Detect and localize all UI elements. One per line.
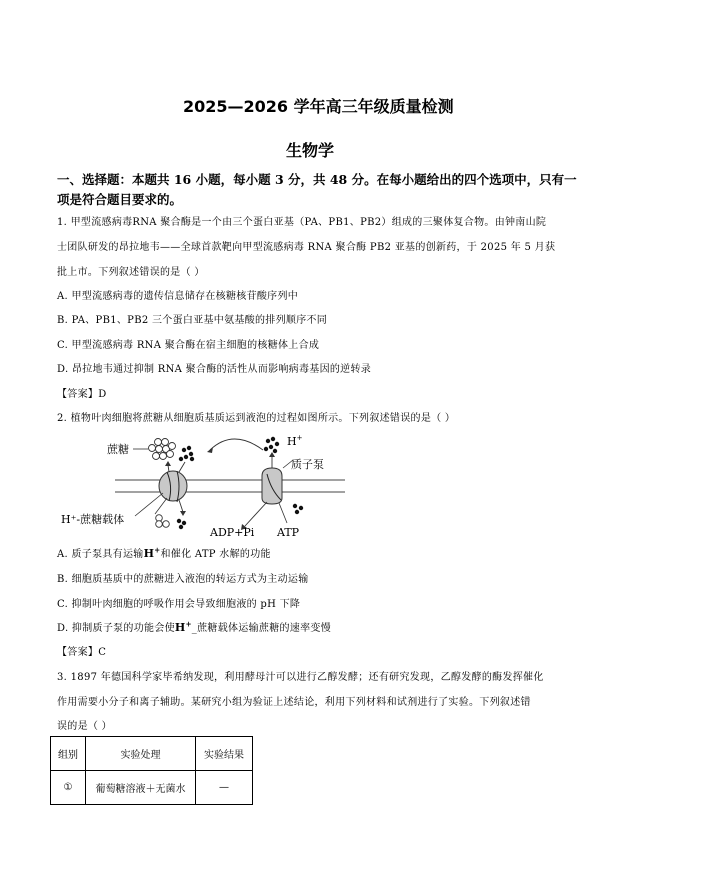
answer-label: 【答案】: [57, 389, 98, 400]
q1-stem-line1: 1. 甲型流感病毒RNA 聚合酶是一个由三个蛋白亚基（PA、PB1、PB2）组成…: [57, 213, 546, 228]
sucrose-molecules: [149, 439, 176, 460]
label-h-plus: H+: [287, 434, 303, 448]
q3-stem-line1: 3. 1897 年德国科学家毕希纳发现，利用酵母汁可以进行乙醇发酵；还有研究发现…: [57, 668, 544, 683]
q2-answer: 【答案】C: [57, 643, 106, 658]
h-ion-cluster-pump: [264, 437, 279, 453]
q1-stem-line3: 批上市。下列叙述错误的是（ ）: [57, 263, 205, 278]
subject-title: 生物学: [286, 138, 334, 161]
section-heading-line2: 项是符合题目要求的。: [57, 190, 182, 208]
q1-answer: 【答案】D: [57, 385, 107, 400]
q2-stem: 2. 植物叶肉细胞将蔗糖从细胞质基质运到液泡的过程如图所示。下列叙述错误的是（ …: [57, 409, 455, 424]
table-cell: ①: [51, 771, 86, 805]
table-header-cell: 实验结果: [196, 737, 253, 771]
table-header-cell: 组别: [51, 737, 86, 771]
answer-value: D: [98, 389, 106, 400]
document-title: 2025—2026 学年高三年级质量检测: [183, 94, 454, 117]
h-ion-cluster-top: [179, 446, 194, 461]
table-header-row: 组别 实验处理 实验结果: [51, 737, 253, 771]
table-cell: 葡萄糖溶液＋无菌水: [86, 771, 196, 805]
q2-option-d: D. 抑制质子泵的功能会使H+_蔗糖载体运输蔗糖的速率变慢: [57, 619, 331, 634]
table-cell: —: [196, 771, 253, 805]
carrier-protein-shape: [159, 471, 187, 501]
q1-stem-line2: 士团队研发的昂拉地韦——全球首款靶向甲型流感病毒 RNA 聚合酶 PB2 亚基的…: [57, 238, 555, 253]
q3-stem-line2: 作用需要小分子和离子辅助。某研究小组为验证上述结论，利用下列材料和试剂进行了实验…: [57, 693, 531, 708]
h-plus-symbol: H+: [144, 547, 161, 560]
experiment-table: 组别 实验处理 实验结果 ① 葡萄糖溶液＋无菌水 —: [50, 736, 253, 805]
label-adp-pi: ADP+Pi: [209, 526, 255, 539]
q1-option-d: D. 昂拉地韦通过抑制 RNA 聚合酶的活性从而影响病毒基因的逆转录: [57, 360, 371, 375]
h-plus-symbol: H+: [175, 621, 192, 634]
section-heading-line1: 一、选择题：本题共 16 小题，每小题 3 分，共 48 分。在每小题给出的四个…: [57, 170, 577, 188]
answer-label: 【答案】: [57, 647, 98, 658]
q2-option-b: B. 细胞质基质中的蔗糖进入液泡的转运方式为主动运输: [57, 570, 309, 585]
label-atp: ATP: [276, 526, 300, 539]
q2-option-c: C. 抑制叶肉细胞的呼吸作用会导致细胞液的 pH 下降: [57, 595, 300, 610]
q1-option-c: C. 甲型流感病毒 RNA 聚合酶在宿主细胞的核糖体上合成: [57, 336, 319, 351]
q3-stem-line3: 误的是（ ）: [57, 717, 112, 732]
table-header-cell: 实验处理: [86, 737, 196, 771]
table-row: ① 葡萄糖溶液＋无菌水 —: [51, 771, 253, 805]
q1-option-b: B. PA、PB1、PB2 三个蛋白亚基中氨基酸的排列顺序不同: [57, 311, 327, 326]
label-sucrose: 蔗糖: [107, 442, 129, 456]
sucrose-transport-diagram: 蔗糖 H+ 质子泵 H⁺-蔗糖载体 ADP+Pi ATP: [55, 428, 375, 543]
label-proton-pump: 质子泵: [291, 457, 324, 471]
q1-option-a: A. 甲型流感病毒的遗传信息储存在核糖核苷酸序列中: [57, 287, 298, 302]
answer-value: C: [98, 647, 106, 658]
label-carrier: H⁺-蔗糖载体: [61, 512, 124, 526]
sucrose-molecules-bottom: [156, 515, 170, 528]
q2-option-a: A. 质子泵具有运输H+和催化 ATP 水解的功能: [57, 545, 271, 560]
